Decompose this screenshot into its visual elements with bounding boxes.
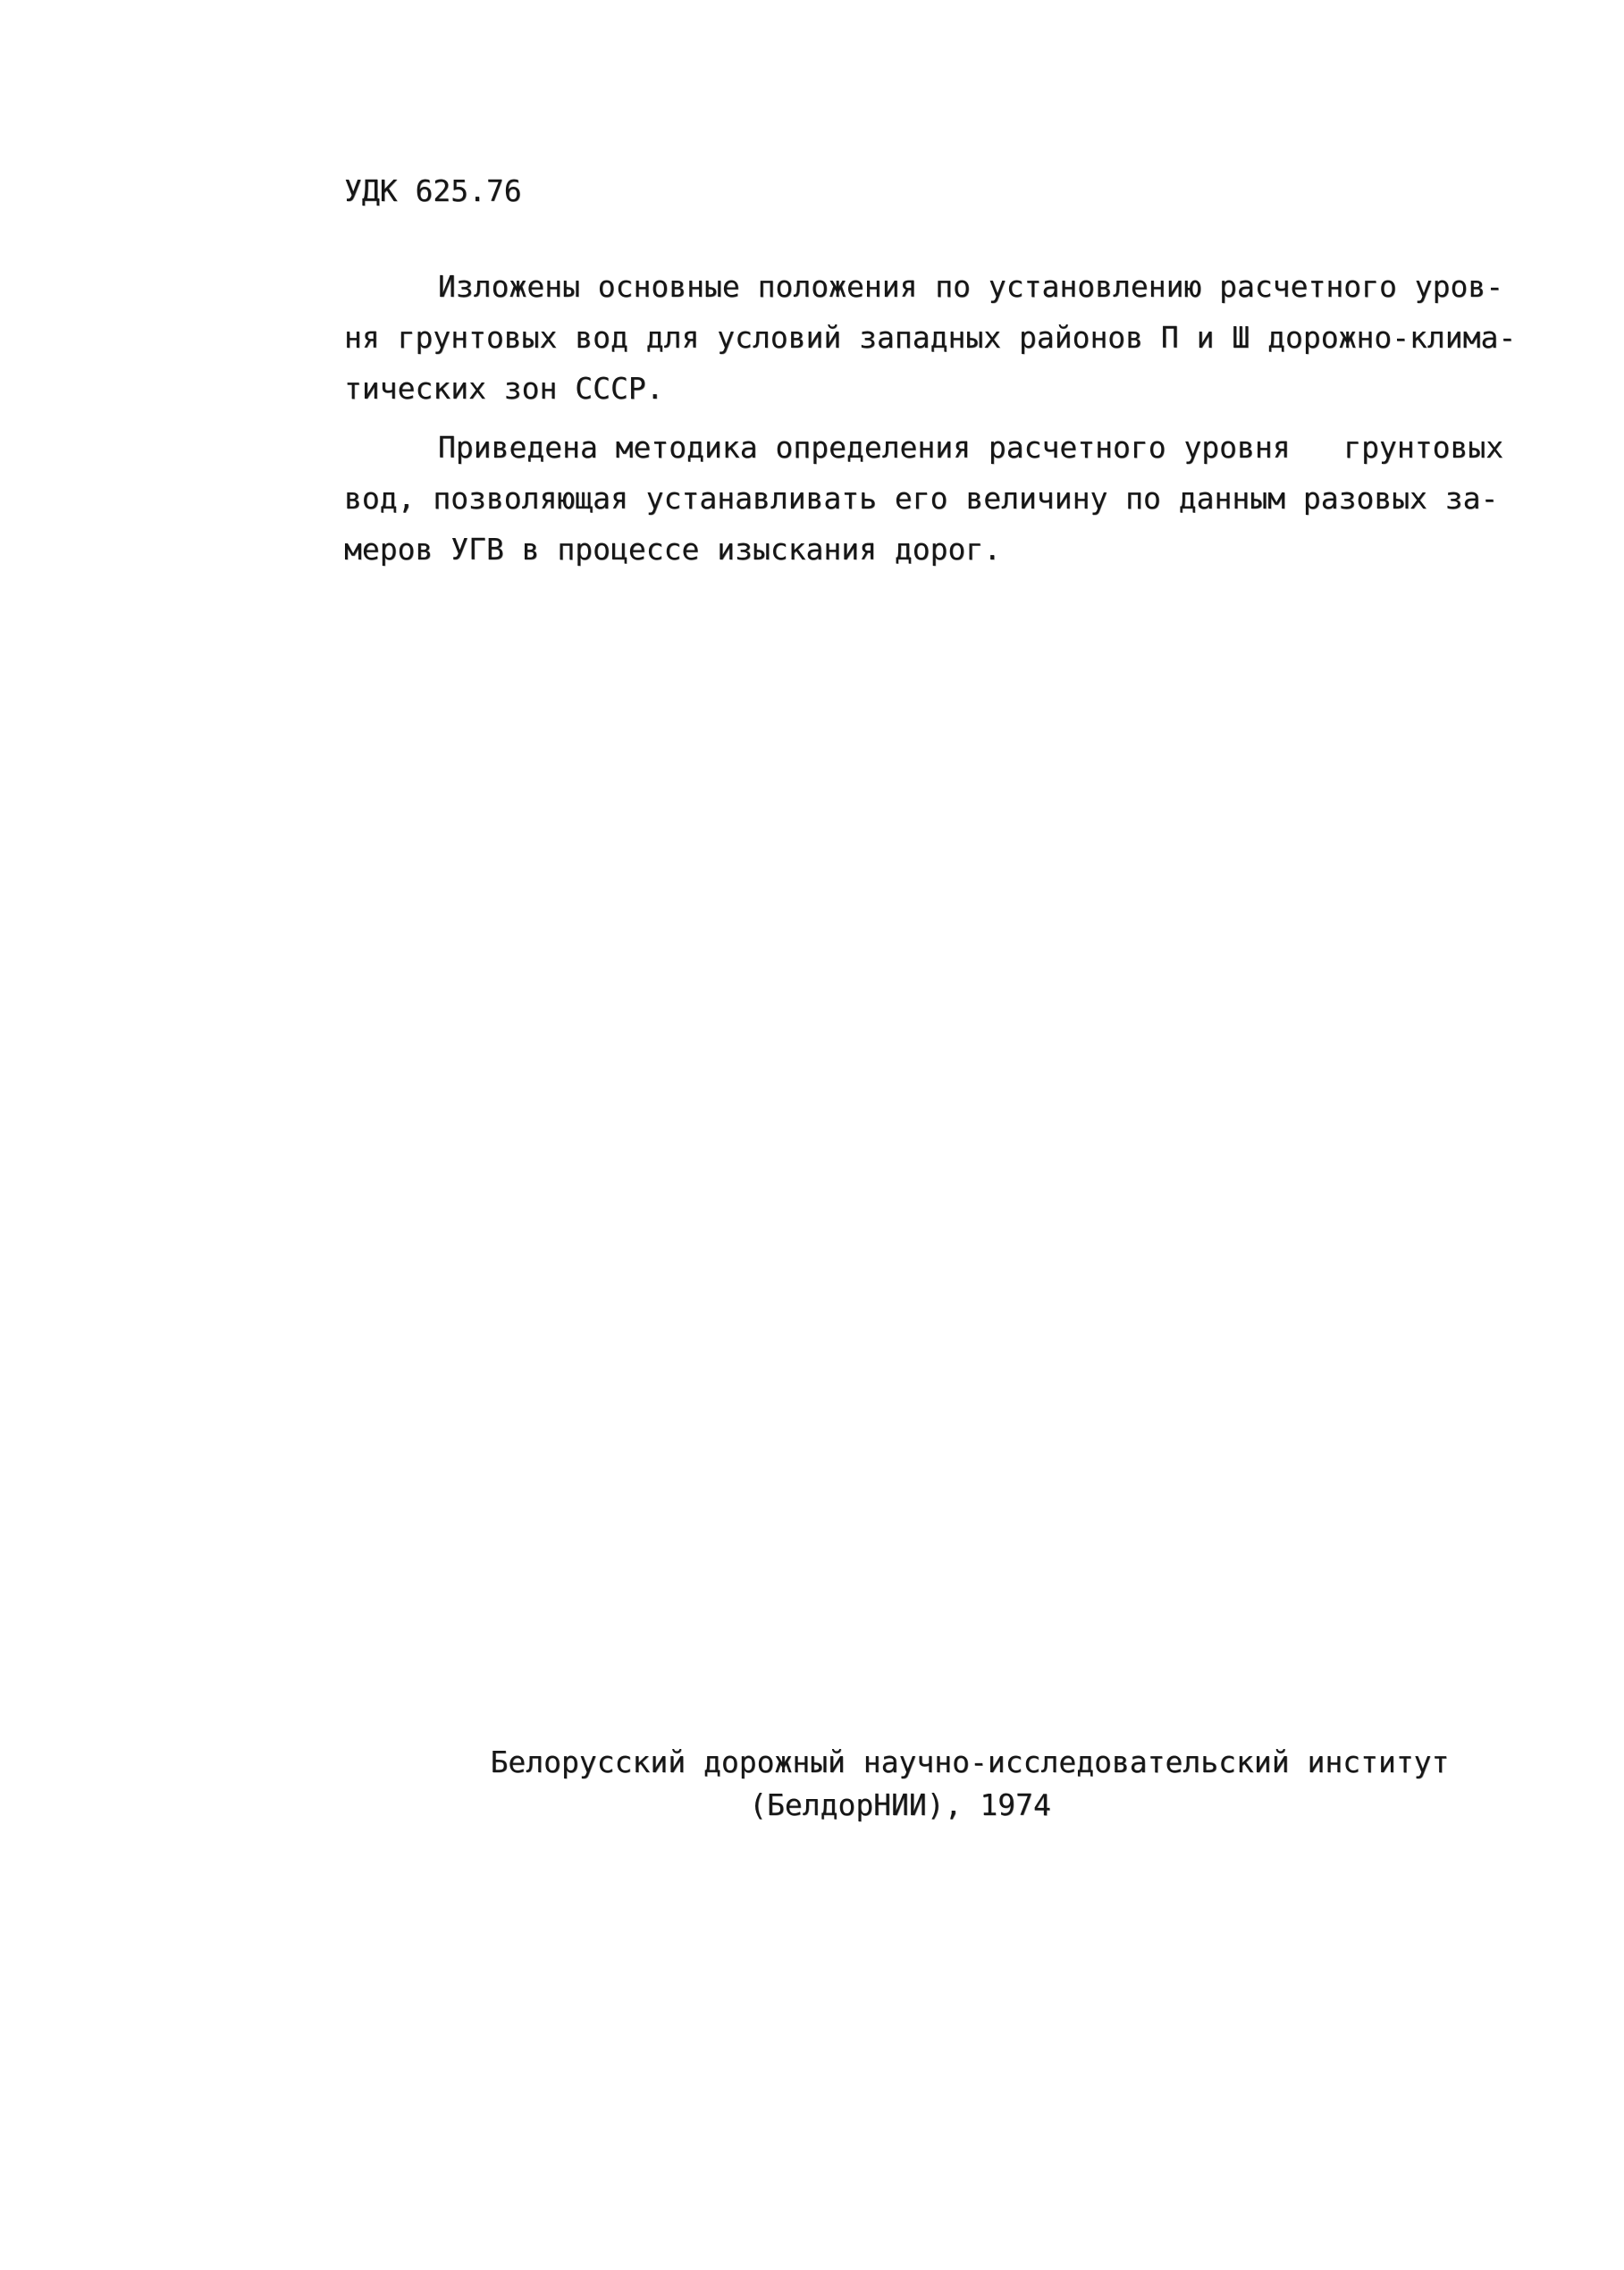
publisher-institute-line: Белорусский дорожный научно-исследовател… [402,1741,1537,1784]
abstract-line: Приведена методика определения расчетног… [344,422,1533,473]
abstract-line: меров УГВ в процессе изыскания дорог. [344,524,1533,575]
abstract-line: вод, позволяющая устанавливать его велич… [344,473,1533,524]
publisher-year-line: (БелдорНИИ), 1974 [332,1784,1468,1827]
abstract-line: тических зон СССР. [344,363,1533,414]
abstract-paragraph: Приведена методика определения расчетног… [344,422,1533,575]
abstract-block: Изложены основные положения по установле… [344,261,1533,583]
imprint-block: Белорусский дорожный научно-исследовател… [402,1741,1537,1827]
abstract-line: Изложены основные положения по установле… [344,261,1533,312]
abstract-line: ня грунтовых вод для условий западных ра… [344,312,1533,363]
scanned-document-page: УДК 625.76 Изложены основные положения п… [0,0,1624,2270]
abstract-paragraph: Изложены основные положения по установле… [344,261,1533,414]
udc-number: УДК 625.76 [344,173,522,209]
